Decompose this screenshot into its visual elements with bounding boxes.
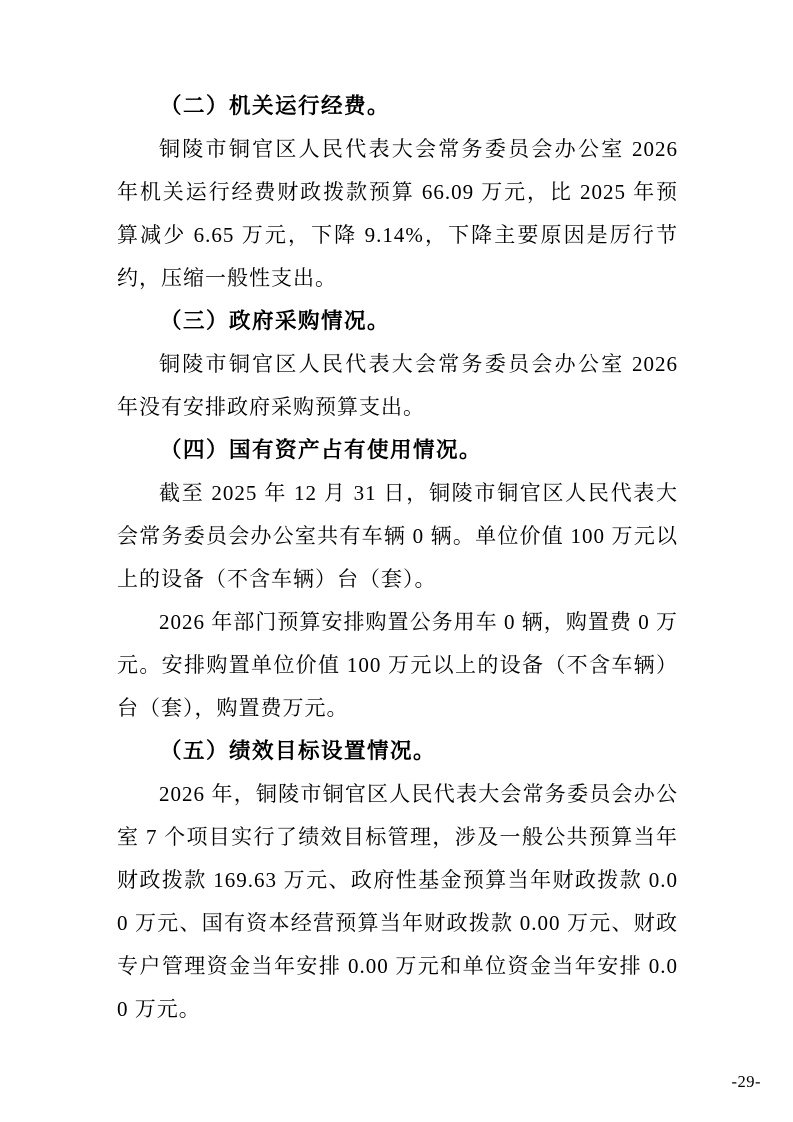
section-heading-2-operating-expenses: （二）机关运行经费。 xyxy=(117,85,678,128)
paragraph-state-assets-planned: 2026 年部门预算安排购置公务用车 0 辆，购置费 0 万元。安排购置单位价值… xyxy=(117,601,678,730)
paragraph-government-procurement: 铜陵市铜官区人民代表大会常务委员会办公室 2026 年没有安排政府采购预算支出。 xyxy=(117,343,678,429)
section-heading-4-state-assets: （四）国有资产占有使用情况。 xyxy=(117,429,678,472)
document-body: （二）机关运行经费。 铜陵市铜官区人民代表大会常务委员会办公室 2026 年机关… xyxy=(117,85,678,1031)
section-heading-5-performance-targets: （五）绩效目标设置情况。 xyxy=(117,730,678,773)
section-heading-3-government-procurement: （三）政府采购情况。 xyxy=(117,300,678,343)
document-page: （二）机关运行经费。 铜陵市铜官区人民代表大会常务委员会办公室 2026 年机关… xyxy=(0,0,793,1122)
page-number: -29- xyxy=(732,1072,762,1092)
paragraph-performance-targets: 2026 年，铜陵市铜官区人民代表大会常务委员会办公室 7 个项目实行了绩效目标… xyxy=(117,773,678,1031)
paragraph-state-assets-current: 截至 2025 年 12 月 31 日，铜陵市铜官区人民代表大会常务委员会办公室… xyxy=(117,472,678,601)
paragraph-operating-expenses: 铜陵市铜官区人民代表大会常务委员会办公室 2026 年机关运行经费财政拨款预算 … xyxy=(117,128,678,300)
